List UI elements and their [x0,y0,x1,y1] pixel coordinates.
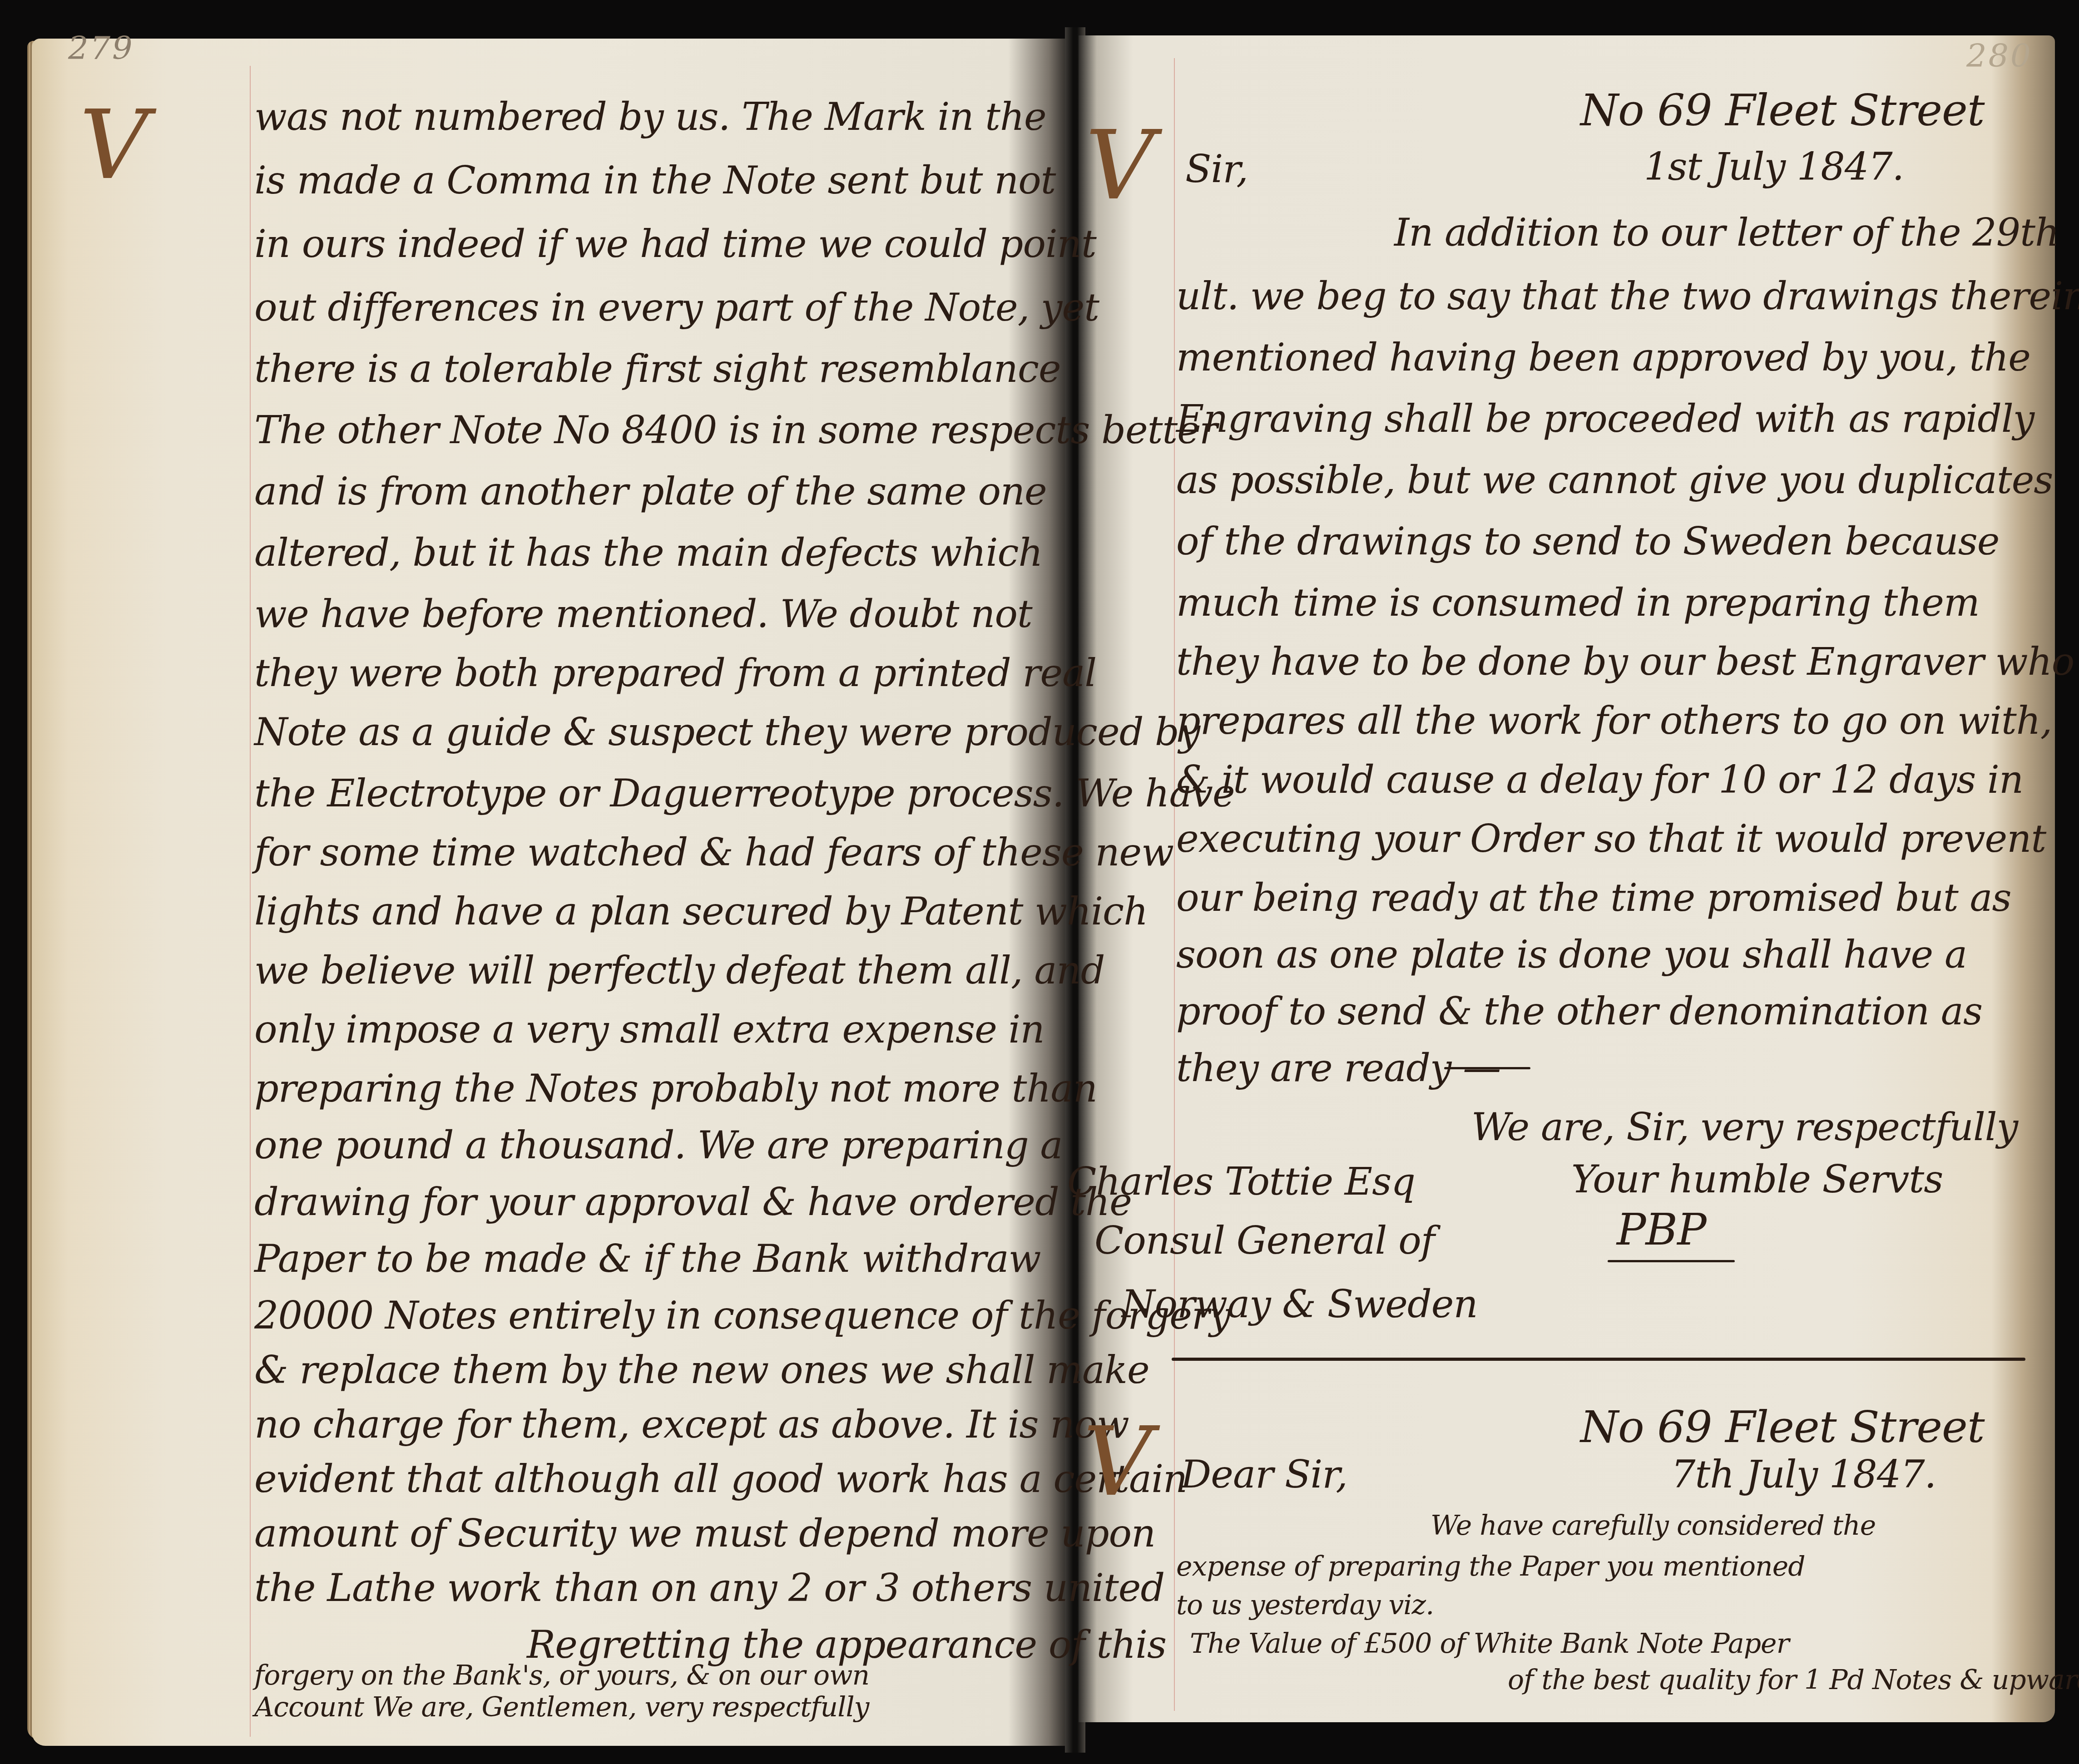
letter-line: soon as one plate is done you shall have… [1176,935,1967,973]
letter-line: and is from another plate of the same on… [254,472,1047,510]
letter-line: preparing the Notes probably not more th… [254,1069,1097,1107]
left-margin-rule [250,66,251,1737]
letter-line: Account We are, Gentlemen, very respectf… [254,1694,869,1721]
letter-salutation: Dear Sir, [1181,1455,1347,1493]
letter-line: in ours indeed if we had time we could p… [254,225,1096,263]
letter-address: No 69 Fleet Street [1580,89,1984,132]
dash-flourish [1444,1067,1530,1069]
addressee-line: Charles Tottie Esq [1067,1162,1415,1201]
letter-line: The other Note No 8400 is in some respec… [254,411,1217,449]
letter-line: one pound a thousand. We are preparing a [254,1126,1063,1164]
letter-line: only impose a very small extra expense i… [254,1010,1044,1048]
signature: PBP [1617,1208,1706,1251]
letter-line: is made a Comma in the Note sent but not [254,161,1056,199]
page-number-right: 280 [1966,37,2033,74]
letter-line: to us yesterday viz. [1176,1591,1434,1619]
letter-line: forgery on the Bank's, or yours, & on ou… [254,1662,869,1689]
letter-line: the Lathe work than on any 2 or 3 others… [254,1569,1164,1607]
letter-line: as possible, but we cannot give you dupl… [1176,461,2053,499]
letter-line: expense of preparing the Paper you menti… [1176,1553,1805,1580]
letter-line: proof to send & the other denomination a… [1176,992,1982,1030]
letter-line: we have before mentioned. We doubt not [254,595,1032,633]
letter-line: In addition to our letter of the 29th [1394,213,2059,252]
letter-closing: Your humble Servts [1571,1160,1943,1198]
letter-line: we believe will perfectly defeat them al… [254,951,1104,989]
letter-line: ult. we beg to say that the two drawings… [1176,277,2079,315]
letter-salutation: Sir, [1185,150,1248,188]
letter-line: Engraving shall be proceeded with as rap… [1176,400,2034,438]
tick-mark-icon: V [1083,1414,1152,1510]
letter-line: 20000 Notes entirely in consequence of t… [254,1296,1230,1334]
addressee-line: Consul General of [1094,1221,1435,1260]
letter-date: 1st July 1847. [1644,148,1904,186]
letter-divider [1172,1358,2025,1361]
letter-line: & replace them by the new ones we shall … [254,1351,1149,1389]
letter-line: & it would cause a delay for 10 or 12 da… [1176,761,2023,799]
addressee-line: Norway & Sweden [1122,1285,1478,1323]
letter-line: no charge for them, except as above. It … [254,1405,1129,1443]
letter-line: lights and have a plan secured by Patent… [254,892,1148,930]
letter-line: for some time watched & had fears of the… [254,833,1173,871]
letter-line: there is a tolerable first sight resembl… [254,350,1061,388]
letter-line: they were both prepared from a printed r… [254,654,1096,692]
page-number-left: 279 [68,30,134,67]
letter-line: Paper to be made & if the Bank withdraw [254,1240,1041,1278]
closing-regretting: Regretting the appearance of this [527,1626,1166,1664]
letter-line: the Electrotype or Daguerreotype process… [254,774,1235,812]
tick-mark-icon: V [79,98,148,193]
letter-line: prepares all the work for others to go o… [1176,702,2052,740]
letter-line: altered, but it has the main defects whi… [254,534,1043,572]
letter-line: evident that although all good work has … [254,1460,1187,1498]
letter-line: drawing for your approval & have ordered… [254,1183,1132,1221]
letter-line: executing your Order so that it would pr… [1176,820,2046,858]
letter-date: 7th July 1847. [1671,1455,1936,1493]
letter-line: was not numbered by us. The Mark in the [254,98,1046,136]
letter-line: We have carefully considered the [1431,1512,1876,1539]
letter-line: much time is consumed in preparing them [1176,583,1980,622]
letter-closing: We are, Sir, very respectfully [1471,1108,2018,1146]
letter-line: mentioned having been approved by you, t… [1176,338,2030,376]
signature-flourish [1608,1260,1735,1262]
letter-line: they have to be done by our best Engrave… [1176,642,2074,681]
letter-line: of the best quality for 1 Pd Notes & upw… [1508,1666,2079,1694]
tick-mark-icon: V [1085,118,1154,213]
letter-line: our being ready at the time promised but… [1176,879,2011,917]
letter-line: out differences in every part of the Not… [254,288,1099,326]
letter-address: No 69 Fleet Street [1580,1405,1984,1449]
letter-line: Note as a guide & suspect they were prod… [254,713,1200,751]
letter-line: of the drawings to send to Sweden becaus… [1176,522,2000,560]
letter-line: The Value of £500 of White Bank Note Pap… [1190,1630,1789,1657]
letter-line: amount of Security we must depend more u… [254,1514,1155,1552]
